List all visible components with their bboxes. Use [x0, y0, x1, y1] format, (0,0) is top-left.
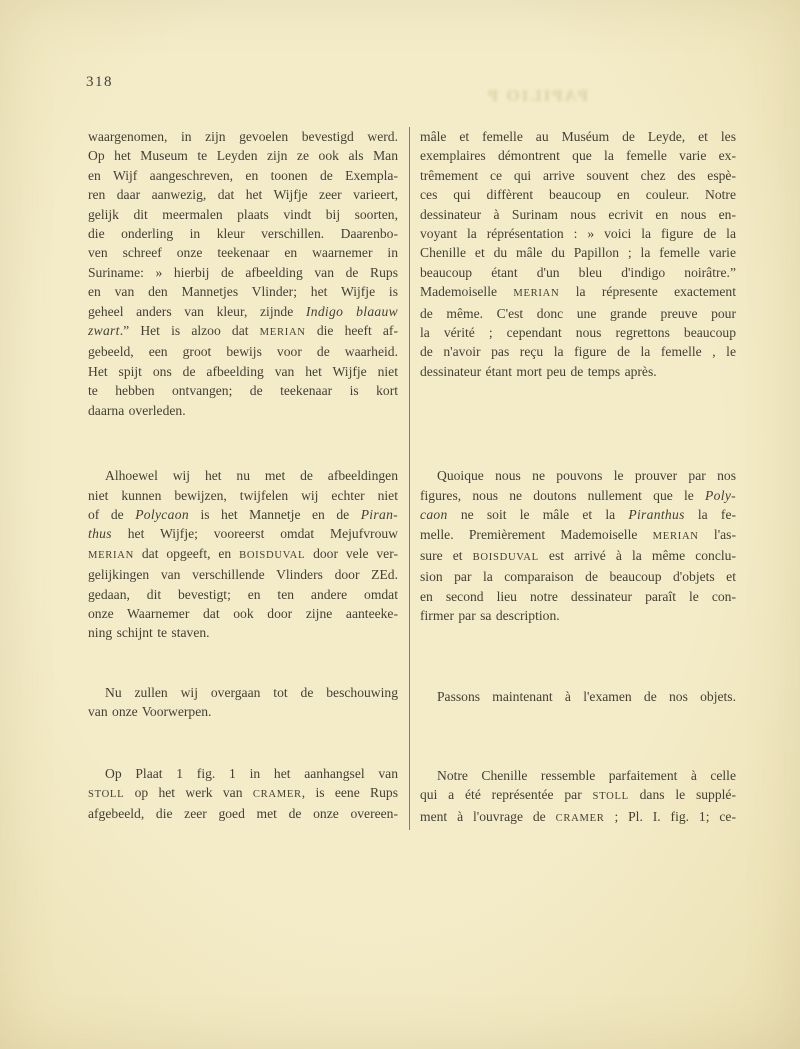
text-line: MERIAN dat opgeeft, en BOISDUVAL door ve…	[88, 544, 398, 565]
text-line: qui a été représentée par STOLL dans le …	[420, 785, 736, 806]
small-caps-name: MERIAN	[513, 288, 559, 299]
text-line: waargenomen, in zijn gevoelen bevestigd …	[88, 127, 398, 146]
paragraph: Nu zullen wij overgaan tot de beschouwin…	[88, 683, 398, 722]
text-line: gebeeld, een groot bewijs voor de waarhe…	[88, 342, 398, 361]
text-line: ren daar aanwezig, dat het Wijfje zeer v…	[88, 185, 398, 204]
left-column-dutch-text: waargenomen, in zijn gevoelen bevestigd …	[88, 127, 398, 824]
text-line: dessinateur étant mort peu de temps aprè…	[420, 362, 736, 381]
text-line: ning schijnt te staven.	[88, 623, 398, 642]
text-line: van onze Voorwerpen.	[88, 702, 398, 721]
text-line: Het spijt ons de afbeelding van het Wijf…	[88, 362, 398, 381]
text-line: Mademoiselle MERIAN la répresente exacte…	[420, 282, 736, 303]
small-caps-name: MERIAN	[653, 531, 699, 542]
text-line: Op het Museum te Leyden zijn ze ook als …	[88, 146, 398, 165]
text-line: sure et BOISDUVAL est arrivé à la même c…	[420, 546, 736, 567]
small-caps-name: CRAMER	[253, 789, 302, 800]
paragraph: Quoique nous ne pouvons le prouver par n…	[420, 466, 736, 625]
text-line: Suriname: » hierbij de afbeelding van de…	[88, 263, 398, 282]
text-line: daarna overleden.	[88, 401, 398, 420]
text-line: ven schreef onze teekenaar en waarnemer …	[88, 243, 398, 262]
text-line: thus het Wijfje; vooreerst omdat Mejufvr…	[88, 524, 398, 543]
text-line: STOLL op het werk van CRAMER, is eene Ru…	[88, 783, 398, 804]
paragraph: Op Plaat 1 fig. 1 in het aanhangsel vanS…	[88, 764, 398, 824]
text-line: gelijkingen van verschillende Vlinders d…	[88, 565, 398, 584]
paragraph: mâle et femelle au Muséum de Leyde, et l…	[420, 127, 736, 381]
text-line: de n'avoir pas reçu la figure de la feme…	[420, 342, 736, 361]
text-line: te hebben ontvangen; de teekenaar is kor…	[88, 381, 398, 400]
text-line: en van den Mannetjes Vlinder; het Wijfje…	[88, 282, 398, 301]
text-line: gedaan, dit bevestigt; en ten andere omd…	[88, 585, 398, 604]
small-caps-name: CRAMER	[556, 813, 605, 824]
text-line: Chenille et du mâle du Papillon ; la fem…	[420, 243, 736, 262]
text-line: caon ne soit le mâle et la Piranthus la …	[420, 505, 736, 524]
small-caps-name: STOLL	[593, 791, 629, 802]
text-line: melle. Premièrement Mademoiselle MERIAN …	[420, 525, 736, 546]
small-caps-name: MERIAN	[260, 327, 306, 338]
paragraph: waargenomen, in zijn gevoelen bevestigd …	[88, 127, 398, 420]
text-line: la vérité ; cependant nous regrettons be…	[420, 323, 736, 342]
text-line: zwart.” Het is alzoo dat MERIAN die heef…	[88, 321, 398, 342]
text-line: firmer par sa description.	[420, 606, 736, 625]
text-line: dessinateur à Surinam nous ecrivit en no…	[420, 205, 736, 224]
text-line: of de Polycaon is het Mannetje en de Pir…	[88, 505, 398, 524]
text-line: onze Waarnemer dat ook door zijne aantee…	[88, 604, 398, 623]
small-caps-name: STOLL	[88, 789, 124, 800]
scanned-book-page: PAPILIO P 318 waargenomen, in zijn gevoe…	[0, 0, 800, 1049]
bleed-through-text: PAPILIO P	[428, 86, 588, 106]
small-caps-name: BOISDUVAL	[473, 552, 539, 563]
text-line: Passons maintenant à l'examen de nos obj…	[420, 687, 736, 706]
text-line: en Wijf aangeschreven, en toonen de Exem…	[88, 166, 398, 185]
small-caps-name: BOISDUVAL	[239, 550, 305, 561]
text-line: afgebeeld, die zeer goed met de onze ove…	[88, 804, 398, 823]
text-line: ment à l'ouvrage de CRAMER ; Pl. I. fig.…	[420, 807, 736, 828]
text-line: voyant la réprésentation : » voici la fi…	[420, 224, 736, 243]
text-line: beaucoup étant d'un bleu d'indigo noirât…	[420, 263, 736, 282]
text-line: en second lieu notre dessinateur paraît …	[420, 587, 736, 606]
paragraph: Passons maintenant à l'examen de nos obj…	[420, 687, 736, 706]
text-line: mâle et femelle au Muséum de Leyde, et l…	[420, 127, 736, 146]
text-line: Alhoewel wij het nu met de afbeeldingen	[88, 466, 398, 485]
text-line: Quoique nous ne pouvons le prouver par n…	[420, 466, 736, 485]
text-line: ces qui diffèrent beaucoup en couleur. N…	[420, 185, 736, 204]
text-line: de même. C'est donc une grande preuve po…	[420, 304, 736, 323]
paragraph: Alhoewel wij het nu met de afbeeldingenn…	[88, 466, 398, 643]
text-line: Notre Chenille ressemble parfaitement à …	[420, 766, 736, 785]
text-line: niet kunnen bewijzen, twijfelen wij echt…	[88, 486, 398, 505]
text-line: Nu zullen wij overgaan tot de beschouwin…	[88, 683, 398, 702]
text-line: Op Plaat 1 fig. 1 in het aanhangsel van	[88, 764, 398, 783]
page-number: 318	[86, 74, 113, 91]
column-divider-rule	[409, 127, 410, 830]
text-line: sion par la comparaison de beaucoup d'ob…	[420, 567, 736, 586]
text-line: die onderling in kleur verschillen. Daar…	[88, 224, 398, 243]
text-line: gelijk dit meermalen plaats vindt bij so…	[88, 205, 398, 224]
small-caps-name: MERIAN	[88, 550, 134, 561]
text-line: figures, nous ne doutons nullement que l…	[420, 486, 736, 505]
text-line: trêmement ce qui arrive souvent chez des…	[420, 166, 736, 185]
text-line: exemplaires démontrent que la femelle va…	[420, 146, 736, 165]
paragraph: Notre Chenille ressemble parfaitement à …	[420, 766, 736, 828]
text-line: geheel anders van kleur, zijnde Indigo b…	[88, 302, 398, 321]
right-column-french-text: mâle et femelle au Muséum de Leyde, et l…	[420, 127, 736, 828]
